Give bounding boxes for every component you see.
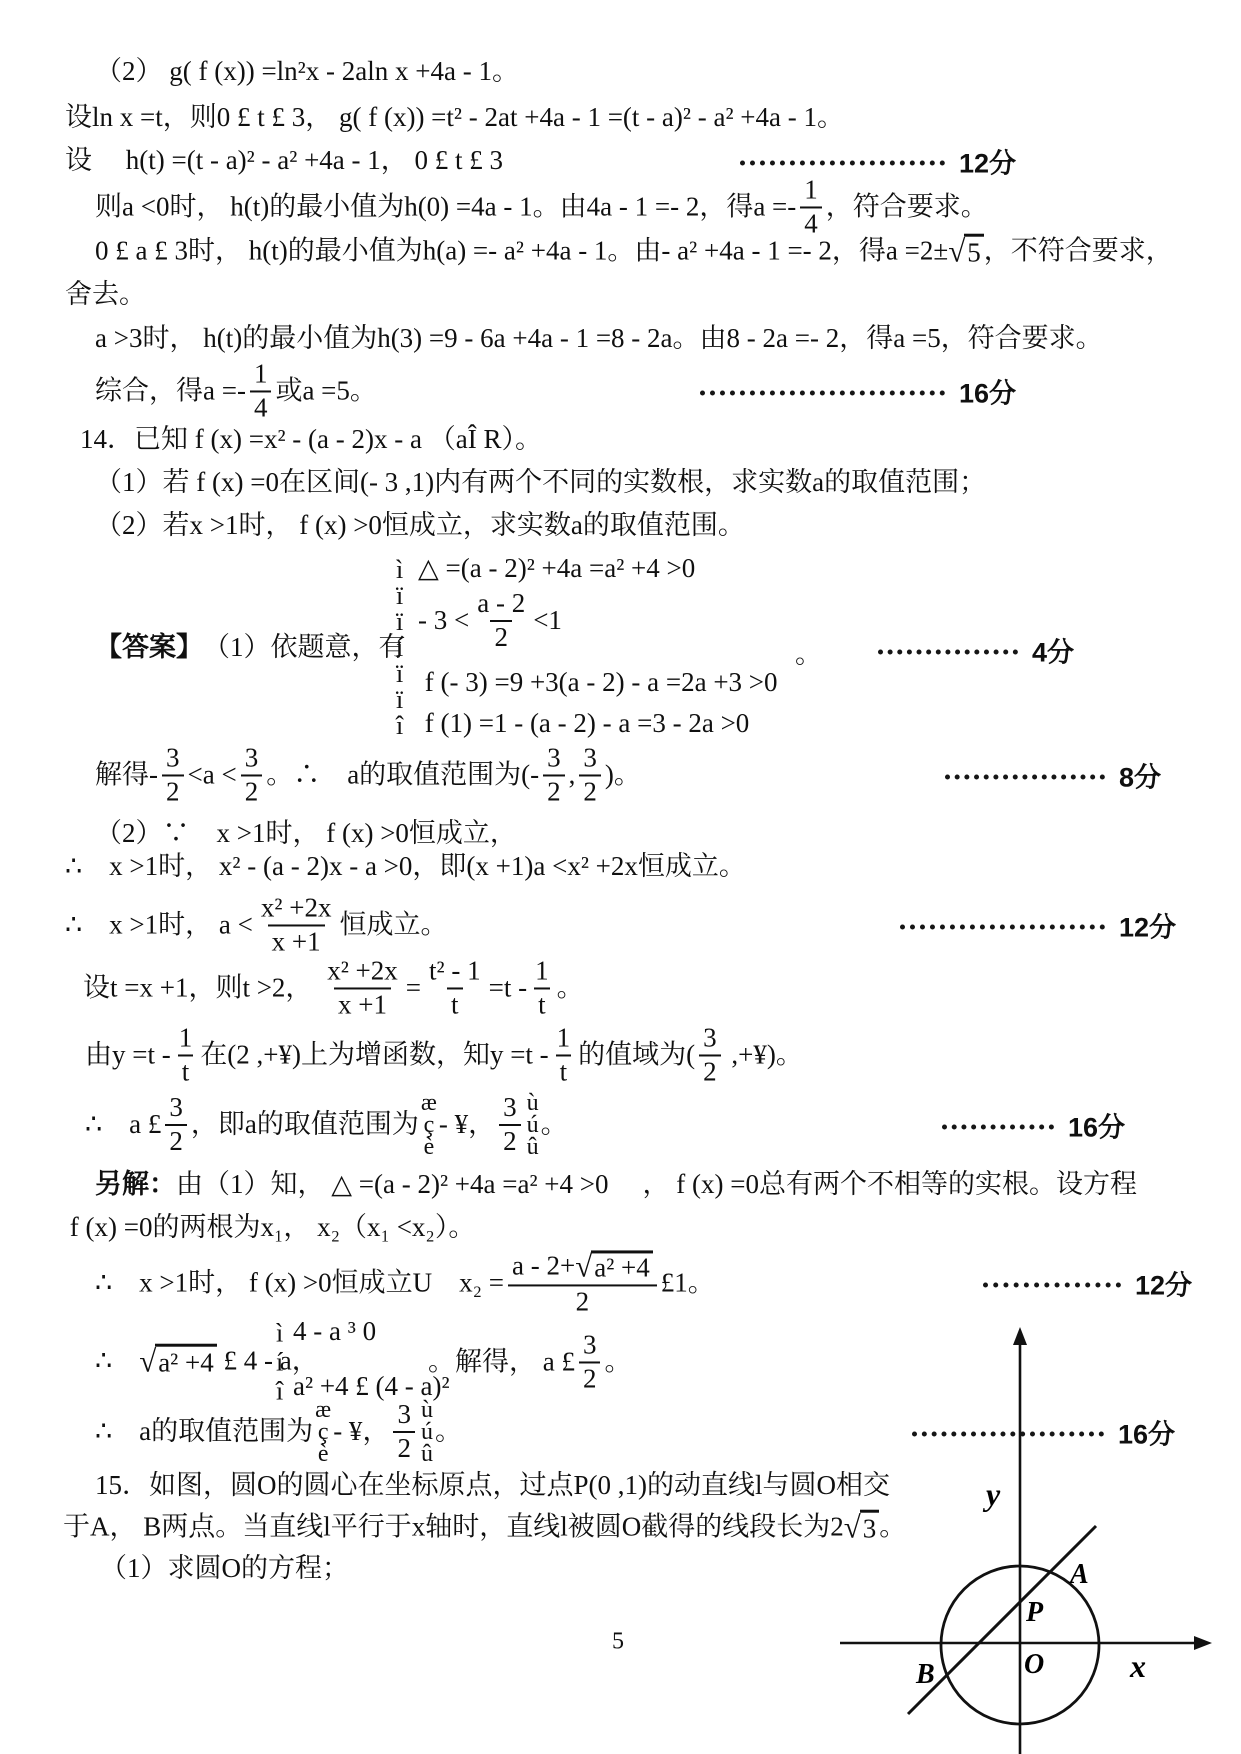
dotted-leader: [878, 648, 1018, 655]
score-mark: 12分: [983, 1264, 1192, 1303]
brace-glyph: í: [276, 1348, 283, 1377]
math-text: )。: [605, 759, 641, 791]
paren-glyph: ç: [424, 1114, 435, 1136]
score-mark: 16分: [942, 1106, 1125, 1145]
denominator: 2: [165, 1124, 187, 1156]
bracket-glyph: û: [421, 1443, 433, 1465]
math-text: 。: [541, 1109, 568, 1141]
numerator: 3: [579, 1331, 601, 1361]
score-label: 16分: [1068, 1106, 1125, 1145]
math-text: ∴ a的取值范围为: [95, 1416, 313, 1448]
math-text: 0 £ a £ 3时， h(t)的最小值为h(a) =- a² +4a - 1。…: [95, 236, 948, 268]
math-text: （2）∵ x >1时， f (x) >0恒成立，: [95, 818, 517, 850]
numerator: 3: [699, 1024, 721, 1054]
math-text: ∴ x >1时， f (x) >0恒成立U x₂ =: [95, 1267, 504, 1299]
denominator: t: [556, 1054, 572, 1086]
denominator: x +1: [334, 987, 391, 1019]
math-text: 15．如图，圆O的圆心在坐标原点，过点P(0 ,1)的动直线l与圆O相交: [95, 1470, 890, 1502]
math-text: ∴ x >1时， x² - (a - 2)x - a >0，即(x +1)a <…: [65, 851, 746, 883]
radicand: a² +4: [591, 1250, 653, 1282]
solution-line: ∴ x >1时， a < x² +2xx +1 恒成立。: [65, 894, 447, 955]
numerator: x² +2x: [323, 957, 402, 987]
brace-glyph: ì: [276, 1319, 283, 1348]
math-text: a >3时， h(t)的最小值为h(3) =9 - 6a +4a - 1 =8 …: [95, 323, 1103, 355]
numerator: 3: [162, 744, 184, 774]
solution-line: 解得- 32 <a < 32 。∴ a的取值范围为(- 32 , 32 )。: [95, 744, 641, 805]
math-fraction: 32: [165, 1094, 187, 1155]
numerator: 3: [241, 744, 263, 774]
math-text: 或a =5。: [275, 375, 376, 407]
brace-glyph: ï: [396, 661, 403, 687]
denominator: t: [178, 1054, 194, 1086]
problem-line: 15．如图，圆O的圆心在坐标原点，过点P(0 ,1)的动直线l与圆O相交: [95, 1470, 890, 1502]
math-text: 。: [557, 972, 584, 1004]
radical-icon: √: [575, 1250, 592, 1282]
problem-line: （1）求圆O的方程；: [100, 1553, 349, 1585]
sentence-end: 。: [795, 639, 822, 671]
math-text: 舍去。: [65, 279, 146, 311]
math-text: - ¥: [333, 1416, 362, 1448]
circle-figure: y x A P O B: [818, 1325, 1238, 1754]
numerator: 1: [250, 360, 272, 390]
left-paren-stack: æçè: [421, 1092, 437, 1158]
brace-glyph: í: [396, 635, 403, 661]
denominator: 2: [393, 1431, 415, 1463]
bracket-glyph: ù: [421, 1399, 433, 1421]
math-text: f (x) =0的两根为x₁， x₂（x₁ <x₂）。: [63, 1212, 475, 1244]
solution-line: 设t =x +1，则t >2， x² +2xx +1 = t² - 1t =t …: [83, 957, 584, 1018]
solution-line: （2） g( f (x)) =ln²x - 2aln x +4a - 1。: [95, 56, 519, 88]
denominator: 4: [250, 390, 272, 422]
score-mark: 12分: [900, 906, 1176, 945]
numerator: a - 2+√a² +4: [508, 1250, 657, 1284]
bracket-glyph: û: [527, 1136, 539, 1158]
math-text: - ¥: [439, 1109, 468, 1141]
math-text: ， f (x) =0总有两个不相等的实根。设方程: [643, 1169, 1137, 1201]
denominator: 2: [241, 774, 263, 806]
problem-line: 14．已知 f (x) =x² - (a - 2)x - a （aÎ R）。: [80, 424, 542, 456]
math-text: 设t =x +1，则t >2，: [83, 972, 319, 1004]
solution-line: 0 £ a £ 3时， h(t)的最小值为h(a) =- a² +4a - 1。…: [95, 234, 1173, 271]
math-text: <1: [533, 605, 562, 636]
math-text: ∴ x >1时， a <: [65, 909, 253, 941]
paren-glyph: æ: [315, 1399, 331, 1421]
math-text: 。: [604, 1346, 631, 1378]
solution-line: 。解得， a £ 32 。: [428, 1331, 631, 1392]
problem-line: （1）若 f (x) =0在区间(- 3 ,1)内有两个不同的实数根，求实数a的…: [95, 467, 986, 499]
math-fraction: 32: [162, 744, 184, 805]
dotted-leader: [942, 1123, 1054, 1130]
denominator: 2: [543, 774, 565, 806]
numerator: x² +2x: [257, 894, 336, 924]
score-mark: 8分: [945, 756, 1161, 795]
score-mark: 12分: [740, 142, 1016, 181]
label-x: x: [1129, 1648, 1146, 1684]
solution-line: ∴ x >1时， f (x) >0恒成立U x₂ = a - 2+√a² +4 …: [95, 1250, 715, 1315]
math-text: 设 h(t) =(t - a)² - a² +4a - 1， 0 £ t £ 3: [65, 145, 503, 177]
math-text: ，符合要求。: [826, 191, 988, 223]
system-row: - 3 < a - 22 <1: [418, 590, 562, 651]
math-text: ，即a的取值范围为: [191, 1109, 419, 1141]
score-label: 12分: [1119, 906, 1176, 945]
problem-line: （2）若x >1时， f (x) >0恒成立，求实数a的取值范围。: [95, 510, 745, 542]
answer-heading: 【答案】 （1）依题意，有: [95, 632, 406, 664]
system-brace: ì í î: [276, 1319, 283, 1406]
math-fraction: 1t: [553, 1024, 575, 1085]
math-text: =: [406, 972, 421, 1004]
dotted-leader: [900, 923, 1105, 930]
math-text: 。: [435, 1416, 462, 1448]
numerator: t² - 1: [425, 957, 485, 987]
brace-glyph: î: [396, 713, 403, 739]
brace-glyph: ï: [396, 609, 403, 635]
solution-line: 设 h(t) =(t - a)² - a² +4a - 1， 0 £ t £ 3: [65, 145, 503, 177]
math-text: 。∴ a的取值范围为(-: [266, 759, 539, 791]
math-fraction: 32: [393, 1401, 415, 1462]
denominator: 2: [499, 1124, 521, 1156]
math-fraction: 14: [250, 360, 272, 421]
numerator: 3: [165, 1094, 187, 1124]
bracket-glyph: ù: [527, 1092, 539, 1114]
radicand: a² +4: [155, 1344, 217, 1380]
right-bracket-stack: ùúû: [421, 1399, 433, 1465]
label-y: y: [982, 1476, 1001, 1512]
math-text: 则a <0时， h(t)的最小值为h(0) =4a - 1。由4a - 1 =-…: [95, 191, 796, 223]
math-text: =t -: [489, 972, 527, 1004]
math-text: <a <: [188, 759, 237, 791]
numerator: 1: [800, 176, 822, 206]
y-axis-arrow-icon: [1013, 1327, 1027, 1345]
numerator: a - 2: [473, 590, 529, 620]
math-text: £1。: [661, 1267, 715, 1299]
solution-line: 由y =t - 1t 在(2 ,+¥)上为增函数，知y =t - 1t 的值域为…: [85, 1024, 803, 1085]
problem-line: 于A， B两点。当直线l平行于x轴时，直线l被圆O截得的线段长为2 √3 。: [63, 1510, 906, 1547]
numerator: 3: [393, 1401, 415, 1431]
brace-glyph: ì: [396, 557, 403, 583]
math-text: 14．已知 f (x) =x² - (a - 2)x - a （aÎ R）。: [80, 424, 542, 456]
denominator: t: [447, 987, 463, 1019]
condition-system: 4 - a ³ 0 a² +4 £ (4 - a)²: [293, 1316, 450, 1402]
numerator: 3: [579, 744, 601, 774]
paren-glyph: è: [318, 1443, 329, 1465]
math-text: 。解得， a £: [428, 1346, 575, 1378]
math-text: ,+¥)。: [725, 1039, 803, 1071]
label-A: A: [1068, 1559, 1089, 1590]
denominator: 2: [490, 620, 512, 652]
solution-line: ∴ √a² +4 £ 4 - a，: [95, 1344, 326, 1381]
math-text: （1）求圆O的方程；: [100, 1553, 349, 1585]
solution-line: 设ln x =t，则0 £ t £ 3， g( f (x)) =t² - 2at…: [65, 102, 844, 134]
math-fraction: a - 2+√a² +4 2: [508, 1250, 657, 1315]
solution-line: 综合，得a =- 14 或a =5。: [95, 360, 377, 421]
denominator: t: [534, 987, 550, 1019]
label-P: P: [1025, 1597, 1044, 1628]
numerator: 3: [543, 744, 565, 774]
line-l: [908, 1526, 1096, 1714]
dotted-leader: [983, 1281, 1121, 1288]
label-O: O: [1024, 1649, 1044, 1680]
math-text: ,: [569, 759, 576, 791]
dotted-leader: [945, 773, 1105, 780]
score-label: 16分: [959, 372, 1016, 411]
math-text: △ =(a - 2)² +4a =a² +4 >0: [418, 553, 695, 584]
page-number: 5: [612, 1629, 624, 1656]
solution-line: 则a <0时， h(t)的最小值为h(0) =4a - 1。由4a - 1 =-…: [95, 176, 988, 237]
math-text: 综合，得a =-: [95, 375, 246, 407]
document-page: （2） g( f (x)) =ln²x - 2aln x +4a - 1。 设l…: [0, 0, 1241, 1754]
math-fraction: 32: [579, 744, 601, 805]
math-text: a - 2+: [512, 1252, 575, 1280]
radical-icon: √: [139, 1344, 156, 1381]
math-text: 由y =t -: [85, 1039, 171, 1071]
denominator: 2: [699, 1054, 721, 1086]
system-brace: ì ï ï í ï ï î: [396, 557, 403, 739]
math-fraction: 32: [699, 1024, 721, 1085]
math-text: 。: [795, 639, 822, 671]
label-B: B: [915, 1659, 935, 1690]
solution-line: 舍去。: [65, 279, 146, 311]
math-text: （1）依题意，有: [203, 632, 406, 664]
solution-line: ∴ x >1时， x² - (a - 2)x - a >0，即(x +1)a <…: [65, 851, 746, 883]
score-label: 4分: [1032, 631, 1074, 670]
right-bracket-stack: ùúû: [527, 1092, 539, 1158]
radicand: 5: [964, 234, 984, 270]
x-axis-arrow-icon: [1194, 1636, 1212, 1650]
math-text: 恒成立。: [339, 909, 447, 941]
math-fraction: 32: [499, 1094, 521, 1155]
dotted-leader: [700, 389, 945, 396]
numerator: 1: [553, 1024, 575, 1054]
solution-line: ∴ a £ 32 ，即a的取值范围为 æçè - ¥ ， 32 ùúû 。: [85, 1092, 568, 1158]
math-text: （2） g( f (x)) =ln²x - 2aln x +4a - 1。: [95, 56, 519, 88]
alt-label: 另解：: [95, 1169, 176, 1201]
alternate-solution-line: 另解： 由（1）知， △ =(a - 2)² +4a =a² +4 >0 ， f…: [95, 1169, 1137, 1201]
math-fraction: 1t: [175, 1024, 197, 1085]
math-fraction: 32: [579, 1331, 601, 1392]
math-fraction: t² - 1t: [425, 957, 485, 1018]
score-mark: 16分: [700, 372, 1016, 411]
condition-system: △ =(a - 2)² +4a =a² +4 >0 - 3 < a - 22 <…: [418, 553, 778, 739]
math-fraction: x² +2xx +1: [257, 894, 336, 955]
math-text: 于A， B两点。当直线l平行于x轴时，直线l被圆O截得的线段长为2: [63, 1512, 844, 1544]
solution-line: （2）∵ x >1时， f (x) >0恒成立，: [95, 818, 517, 850]
answer-label: 【答案】: [95, 632, 203, 664]
numerator: 1: [175, 1024, 197, 1054]
bracket-glyph: ú: [527, 1114, 539, 1136]
left-paren-stack: æçè: [315, 1399, 331, 1465]
paren-glyph: è: [424, 1136, 435, 1158]
math-fraction: x² +2xx +1: [323, 957, 402, 1018]
numerator: 3: [499, 1094, 521, 1124]
system-row: △ =(a - 2)² +4a =a² +4 >0: [418, 553, 695, 584]
math-text: ∴ a £: [85, 1109, 161, 1141]
score-mark: 4分: [878, 631, 1074, 670]
score-label: 12分: [1135, 1264, 1192, 1303]
numerator: 1: [531, 957, 553, 987]
system-row: f (- 3) =9 +3(a - 2) - a =2a +3 >0: [418, 667, 778, 698]
brace-glyph: ï: [396, 687, 403, 713]
math-text: ，: [468, 1109, 495, 1141]
math-text: f (- 3) =9 +3(a - 2) - a =2a +3 >0: [418, 667, 778, 698]
math-text: - 3 <: [418, 605, 469, 636]
math-fraction: 32: [241, 744, 263, 805]
system-row: 4 - a ³ 0: [293, 1316, 376, 1347]
math-text: ，: [362, 1416, 389, 1448]
solution-line: ∴ a的取值范围为 æçè - ¥ ， 32 ùúû 。: [95, 1399, 462, 1465]
score-label: 12分: [959, 142, 1016, 181]
denominator: 2: [508, 1284, 657, 1316]
math-text: （2）若x >1时， f (x) >0恒成立，求实数a的取值范围。: [95, 510, 745, 542]
bracket-glyph: ú: [421, 1421, 433, 1443]
denominator: 2: [579, 1361, 601, 1393]
solution-line: a >3时， h(t)的最小值为h(3) =9 - 6a +4a - 1 =8 …: [95, 323, 1103, 355]
math-text: 由（1）知， △ =(a - 2)² +4a =a² +4 >0: [176, 1169, 609, 1201]
dotted-leader: [740, 159, 945, 166]
math-text: 在(2 ,+¥)上为增函数，知y =t -: [200, 1039, 548, 1071]
paren-glyph: æ: [421, 1092, 437, 1114]
paren-glyph: ç: [318, 1421, 329, 1443]
system-row: f (1) =1 - (a - 2) - a =3 - 2a >0: [418, 708, 749, 739]
math-text: ∴: [95, 1346, 139, 1378]
math-text: 解得-: [95, 759, 158, 791]
math-fraction: a - 22: [473, 590, 529, 651]
math-text: 4 - a ³ 0: [293, 1316, 376, 1347]
score-label: 8分: [1119, 756, 1161, 795]
math-fraction: 32: [543, 744, 565, 805]
math-fraction: 14: [800, 176, 822, 237]
denominator: x +1: [268, 924, 325, 956]
denominator: 2: [579, 774, 601, 806]
denominator: 2: [162, 774, 184, 806]
math-text: 的值域为(: [578, 1039, 695, 1071]
math-text: f (1) =1 - (a - 2) - a =3 - 2a >0: [418, 708, 749, 739]
radical-icon: √: [948, 234, 965, 271]
alternate-solution-line: f (x) =0的两根为x₁， x₂（x₁ <x₂）。: [63, 1212, 475, 1244]
brace-glyph: ï: [396, 583, 403, 609]
math-text: （1）若 f (x) =0在区间(- 3 ,1)内有两个不同的实数根，求实数a的…: [95, 467, 986, 499]
math-fraction: 1t: [531, 957, 553, 1018]
math-text: ，不符合要求，: [984, 236, 1173, 268]
math-text: 设ln x =t，则0 £ t £ 3， g( f (x)) =t² - 2at…: [65, 102, 844, 134]
